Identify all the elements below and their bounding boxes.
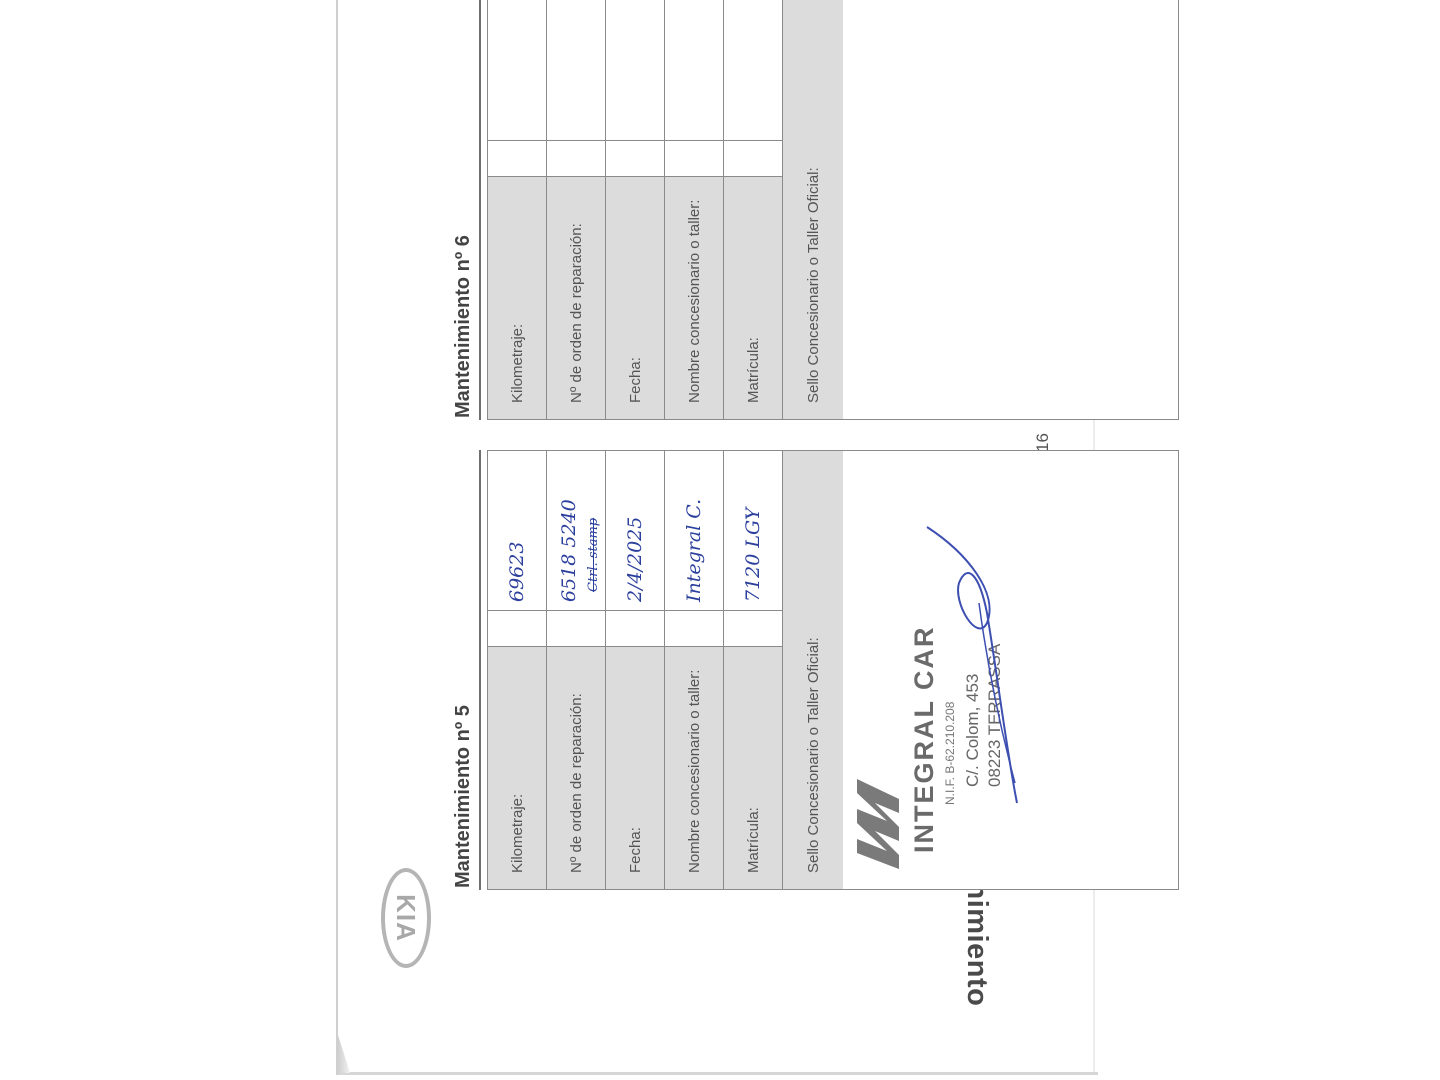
handwritten-value: 2/4/2025 xyxy=(624,517,646,602)
handwritten-value: 7120 LGY xyxy=(742,508,764,602)
section-title: Mantenimiento nº 5 xyxy=(445,450,481,890)
handwritten-value: 69623 xyxy=(506,542,528,602)
stamp-row: Sello Concesionario o Taller Oficial: xyxy=(782,0,1178,419)
field-label: Kilometraje: xyxy=(488,647,546,889)
spacer-cell xyxy=(547,611,605,647)
field-value-cell[interactable]: 7120 LGY xyxy=(724,451,782,611)
spacer-cell xyxy=(665,611,723,647)
field-value-cell[interactable]: 6518 5240 Ctrl. stamp xyxy=(547,451,605,611)
section-title: Mantenimiento nº 6 xyxy=(445,0,481,420)
field-value-cell[interactable]: Integral C. xyxy=(665,451,723,611)
maintenance-form: Kilometraje: Nº de orden de reparación: … xyxy=(487,0,1179,420)
field-label: Nº de orden de reparación: xyxy=(547,647,605,889)
signature-scribble xyxy=(887,523,1027,813)
form-row-kilometraje: Kilometraje: 69623 xyxy=(487,451,546,889)
form-row-kilometraje: Kilometraje: xyxy=(487,0,546,419)
spacer-cell xyxy=(488,141,546,177)
handwritten-value: 6518 5240 xyxy=(558,499,580,602)
handwritten-value: Integral C. xyxy=(683,499,705,602)
form-row-concesionario: Nombre concesionario o taller: Integral … xyxy=(664,451,723,889)
field-label: Sello Concesionario o Taller Oficial: xyxy=(783,0,843,419)
stamp-area: INTEGRAL CAR N.I.F. B-62.210.208 C/. Col… xyxy=(843,451,1178,889)
field-value-cell[interactable] xyxy=(724,0,782,141)
field-value-cell[interactable]: 2/4/2025 xyxy=(606,451,664,611)
field-label: Matrícula: xyxy=(724,177,782,419)
form-row-fecha: Fecha: 2/4/2025 xyxy=(605,451,664,889)
field-label: Nombre concesionario o taller: xyxy=(665,647,723,889)
field-label: Sello Concesionario o Taller Oficial: xyxy=(783,451,843,889)
spacer-cell xyxy=(547,141,605,177)
maintenance-form: Kilometraje: 69623 Nº de orden de repara… xyxy=(487,450,1179,890)
dealer-stamp: INTEGRAL CAR N.I.F. B-62.210.208 C/. Col… xyxy=(847,473,1047,873)
form-row-orden: Nº de orden de reparación: 6518 5240 Ctr… xyxy=(546,451,605,889)
field-label: Nombre concesionario o taller: xyxy=(665,177,723,419)
field-value-cell[interactable] xyxy=(547,0,605,141)
form-row-concesionario: Nombre concesionario o taller: xyxy=(664,0,723,419)
form-row-orden: Nº de orden de reparación: xyxy=(546,0,605,419)
spacer-cell xyxy=(606,611,664,647)
handwritten-correction: Ctrl. stamp xyxy=(586,518,601,592)
field-value-cell[interactable] xyxy=(606,0,664,141)
stamp-row: Sello Concesionario o Taller Oficial: IN… xyxy=(782,451,1178,889)
form-row-fecha: Fecha: xyxy=(605,0,664,419)
maintenance-section-6: Mantenimiento nº 6 Kilometraje: Nº de or… xyxy=(445,0,1179,420)
form-row-matricula: Matrícula: 7120 LGY xyxy=(723,451,782,889)
spacer-cell xyxy=(606,141,664,177)
field-value-cell[interactable]: 69623 xyxy=(488,451,546,611)
form-row-matricula: Matrícula: xyxy=(723,0,782,419)
spacer-cell xyxy=(488,611,546,647)
field-value-cell[interactable] xyxy=(665,0,723,141)
field-label: Matrícula: xyxy=(724,647,782,889)
field-label: Fecha: xyxy=(606,647,664,889)
kia-logo-icon: KIA xyxy=(381,868,431,968)
spacer-cell xyxy=(665,141,723,177)
field-label: Nº de orden de reparación: xyxy=(547,177,605,419)
spacer-cell xyxy=(724,611,782,647)
field-label: Fecha: xyxy=(606,177,664,419)
maintenance-section-5: Mantenimiento nº 5 Kilometraje: 69623 Nº… xyxy=(445,450,1179,890)
spacer-cell xyxy=(724,141,782,177)
field-label: Kilometraje: xyxy=(488,177,546,419)
maintenance-booklet-page: KIA Registro de mantenimiento 16 Manteni… xyxy=(335,0,1095,1080)
stamp-area xyxy=(843,0,1178,419)
field-value-cell[interactable] xyxy=(488,0,546,141)
